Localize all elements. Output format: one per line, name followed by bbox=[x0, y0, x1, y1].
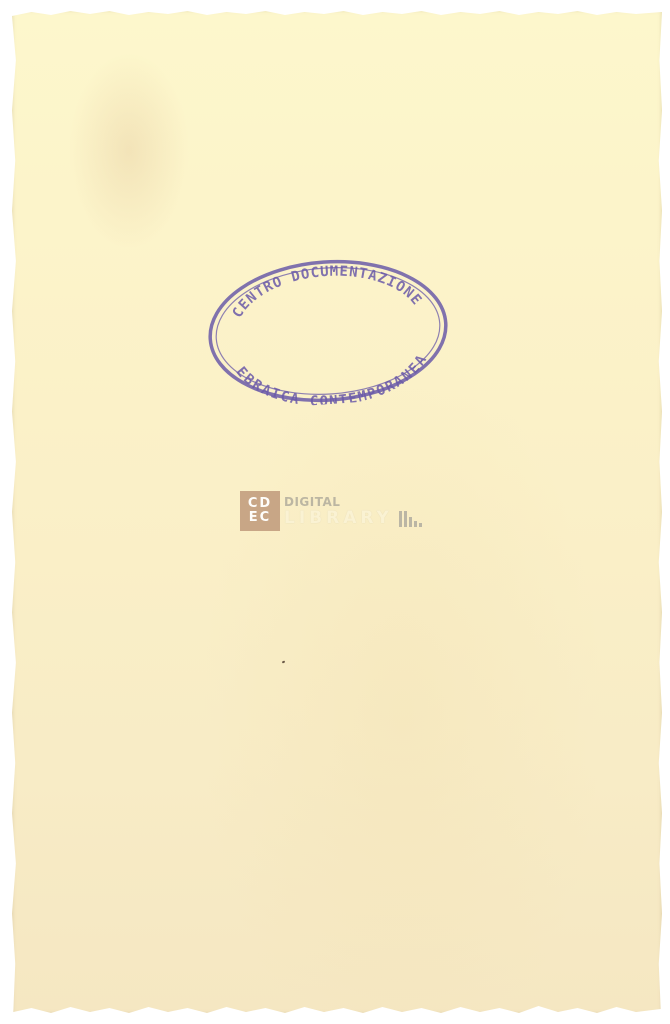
logo-top-text: CD bbox=[248, 497, 272, 511]
archive-stamp: CENTRO DOCUMENTAZIONE EBRAICA CONTEMPORA… bbox=[202, 250, 454, 413]
bar-chart-icon bbox=[399, 509, 422, 527]
logo-bottom-text: EC bbox=[249, 511, 271, 525]
watermark-digital-text: DIGITAL bbox=[284, 495, 422, 509]
cdec-logo: CD EC bbox=[240, 491, 280, 531]
cdec-digital-library-watermark: CD EC DIGITAL LIBRARY bbox=[240, 491, 422, 531]
stamp-line-1: CENTRO DOCUMENTAZIONE bbox=[227, 257, 426, 321]
watermark-library-text: LIBRARY bbox=[284, 509, 393, 527]
